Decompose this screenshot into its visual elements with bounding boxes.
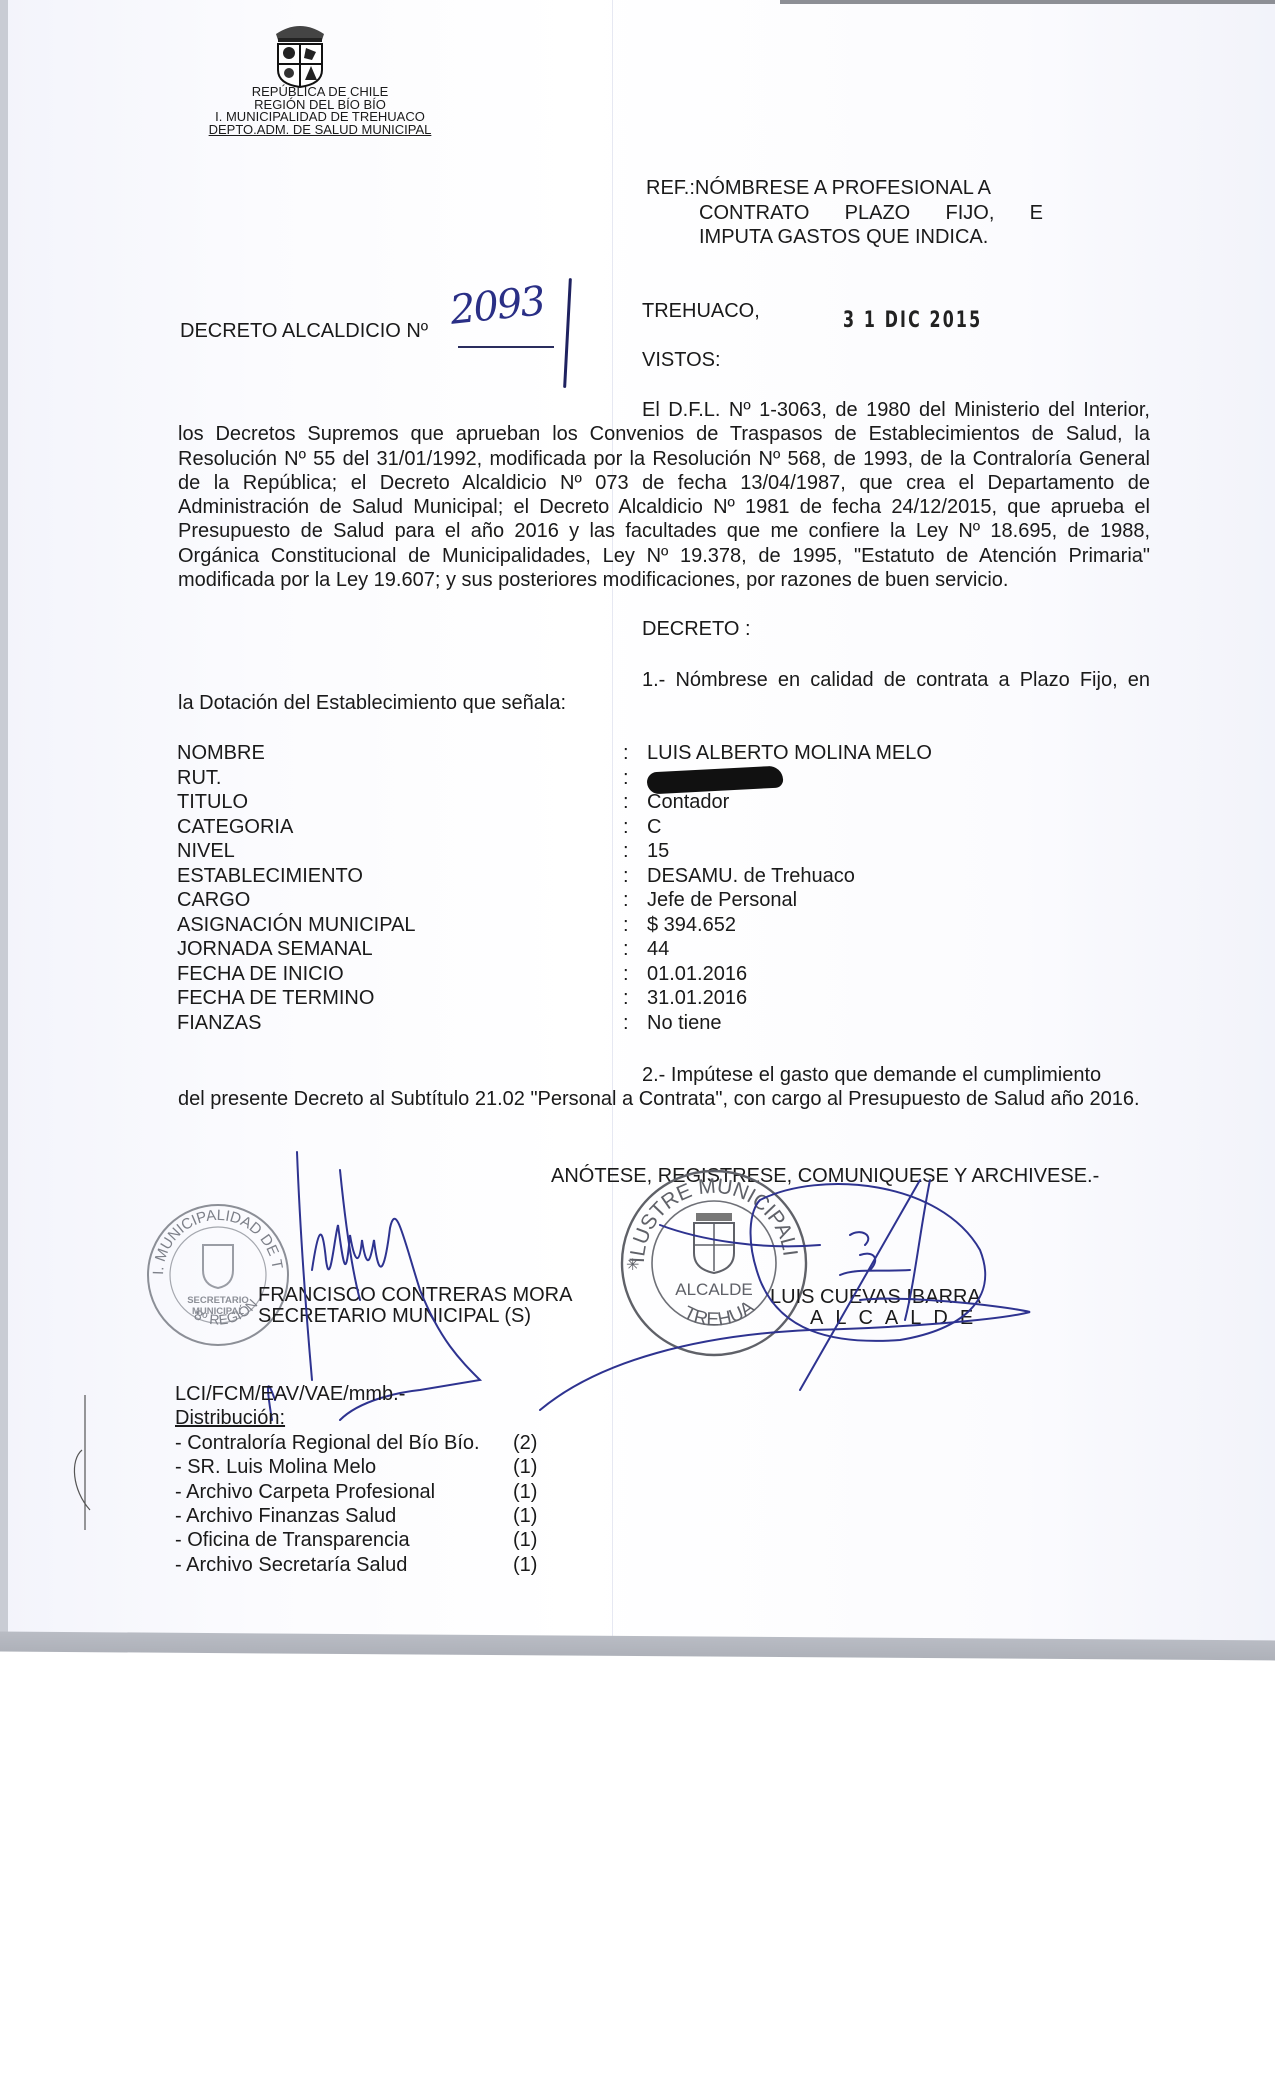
field-colon: : <box>623 962 647 987</box>
field-value: 44 <box>647 937 669 962</box>
field-colon: : <box>623 741 647 766</box>
mayor-title: ALCALDE <box>810 1308 985 1329</box>
field-colon: : <box>623 986 647 1011</box>
header-line-department: DEPTO.ADM. DE SALUD MUNICIPAL <box>170 124 470 137</box>
mayor-name: LUIS CUEVAS IBARRA <box>770 1287 985 1308</box>
field-value: $ 394.652 <box>647 913 736 938</box>
field-value: No tiene <box>647 1011 722 1036</box>
field-label: ESTABLECIMIENTO <box>177 864 623 889</box>
field-value: 01.01.2016 <box>647 962 747 987</box>
field-label: RUT. <box>177 766 623 791</box>
field-colon: : <box>623 1011 647 1036</box>
signatory-secretary: FRANCISCO CONTRERAS MORA SECRETARIO MUNI… <box>258 1285 572 1327</box>
secretary-name: FRANCISCO CONTRERAS MORA <box>258 1285 572 1306</box>
svg-text:SECRETARIO: SECRETARIO <box>187 1295 249 1306</box>
scan-top-edge <box>780 0 1275 4</box>
field-colon: : <box>623 815 647 840</box>
field-colon: : <box>623 888 647 913</box>
field-row: JORNADA SEMANAL:44 <box>177 937 932 962</box>
svg-text:✳: ✳ <box>626 1255 639 1274</box>
reference-line: CONTRATO PLAZO FIJO, E <box>699 201 1043 226</box>
field-label: CATEGORIA <box>177 815 623 840</box>
field-colon: : <box>623 839 647 864</box>
mayor-seal-icon: ILUSTRE MUNICIPALIDAD TREHUACO ✳ ALCALDE <box>616 1165 812 1361</box>
field-row: TITULO:Contador <box>177 790 932 815</box>
field-label: FECHA DE INICIO <box>177 962 623 987</box>
field-value: 15 <box>647 839 669 864</box>
distribution-copies: (1) <box>513 1455 537 1479</box>
field-row: CARGO:Jefe de Personal <box>177 888 932 913</box>
field-label: JORNADA SEMANAL <box>177 937 623 962</box>
svg-text:MUNICIPAL: MUNICIPAL <box>192 1306 244 1317</box>
reference-block: REF.:NÓMBRESE A PROFESIONAL A CONTRATO P… <box>646 176 1043 250</box>
article-1-line-1: 1.- Nómbrese en calidad de contrata a Pl… <box>642 669 1150 692</box>
field-label: NOMBRE <box>177 741 623 766</box>
issuer-header: REPÚBLICA DE CHILE REGIÓN DEL BÍO BÍO I.… <box>170 86 470 136</box>
distribution-recipient: - Archivo Finanzas Salud <box>175 1504 513 1528</box>
field-row: CATEGORIA:C <box>177 815 932 840</box>
field-value: 31.01.2016 <box>647 986 747 1011</box>
article-2: 2.- Impútese el gasto que demande el cum… <box>178 1063 1150 1112</box>
decreto-heading: DECRETO : <box>642 618 751 641</box>
field-row: ESTABLECIMIENTO:DESAMU. de Trehuaco <box>177 864 932 889</box>
distribution-copies: (1) <box>513 1480 537 1504</box>
distribution-recipient: - Contraloría Regional del Bío Bío. <box>175 1431 513 1455</box>
field-label: FIANZAS <box>177 1011 623 1036</box>
distribution-list: - Contraloría Regional del Bío Bío.(2)- … <box>175 1431 537 1577</box>
scanned-page: REPÚBLICA DE CHILE REGIÓN DEL BÍO BÍO I.… <box>0 0 1275 1645</box>
distribution-recipient: - Archivo Carpeta Profesional <box>175 1480 513 1504</box>
coat-of-arms-icon <box>270 20 330 88</box>
handwritten-slash-mark <box>563 278 572 388</box>
field-value: DESAMU. de Trehuaco <box>647 864 855 889</box>
distribution-copies: (1) <box>513 1528 537 1552</box>
field-label: TITULO <box>177 790 623 815</box>
signatory-mayor: LUIS CUEVAS IBARRA ALCALDE <box>770 1287 985 1329</box>
distribution-recipient: - Oficina de Transparencia <box>175 1528 513 1552</box>
distribution-copies: (1) <box>513 1504 537 1528</box>
field-label: CARGO <box>177 888 623 913</box>
field-row: ASIGNACIÓN MUNICIPAL:$ 394.652 <box>177 913 932 938</box>
secretary-title: SECRETARIO MUNICIPAL (S) <box>258 1306 572 1327</box>
decree-number-underline <box>458 346 554 348</box>
distribution-item: - Oficina de Transparencia(1) <box>175 1528 537 1552</box>
city: TREHUACO, <box>642 300 760 323</box>
handwritten-decree-number: 2093 <box>448 278 546 334</box>
svg-text:ALCALDE: ALCALDE <box>675 1280 752 1299</box>
decree-label: DECRETO ALCALDICIO Nº <box>180 320 428 343</box>
secretary-seal-icon: I. MUNICIPALIDAD DE TREHUACO 8º REGIÓN S… <box>143 1200 293 1350</box>
field-row: NOMBRE:LUIS ALBERTO MOLINA MELO <box>177 741 932 766</box>
distribution-item: - Archivo Carpeta Profesional(1) <box>175 1480 537 1504</box>
field-row: FECHA DE INICIO:01.01.2016 <box>177 962 932 987</box>
reference-line: IMPUTA GASTOS QUE INDICA. <box>699 225 1043 250</box>
article-2-rest: del presente Decreto al Subtítulo 21.02 … <box>178 1088 1140 1110</box>
article-1-line-2: la Dotación del Establecimiento que seña… <box>178 692 566 715</box>
field-row: RUT.: <box>177 766 932 791</box>
scan-left-edge <box>0 0 8 1645</box>
field-label: ASIGNACIÓN MUNICIPAL <box>177 913 623 938</box>
distribution-heading: Distribución: <box>175 1406 537 1430</box>
distribution-block: LCI/FCM/EAV/VAE/mmb.- Distribución: - Co… <box>175 1382 537 1577</box>
field-label: NIVEL <box>177 839 623 864</box>
distribution-item: - Archivo Finanzas Salud(1) <box>175 1504 537 1528</box>
vistos-paragraph: El D.F.L. Nº 1-3063, de 1980 del Ministe… <box>178 398 1150 592</box>
field-row: NIVEL:15 <box>177 839 932 864</box>
field-row: FECHA DE TERMINO:31.01.2016 <box>177 986 932 1011</box>
distribution-recipient: - SR. Luis Molina Melo <box>175 1455 513 1479</box>
field-value: LUIS ALBERTO MOLINA MELO <box>647 741 932 766</box>
distribution-item: - Contraloría Regional del Bío Bío.(2) <box>175 1431 537 1455</box>
date-stamp: 3 1 DIC 2015 <box>843 308 982 333</box>
field-value: C <box>647 815 661 840</box>
initials: LCI/FCM/EAV/VAE/mmb.- <box>175 1382 537 1406</box>
field-colon: : <box>623 864 647 889</box>
article-2-first-line: 2.- Impútese el gasto que demande el cum… <box>178 1063 1150 1087</box>
field-row: FIANZAS:No tiene <box>177 1011 932 1036</box>
reference-line: REF.:NÓMBRESE A PROFESIONAL A <box>646 176 1043 201</box>
field-label: FECHA DE TERMINO <box>177 986 623 1011</box>
appointment-fields: NOMBRE:LUIS ALBERTO MOLINA MELORUT.:TITU… <box>177 741 932 1035</box>
field-colon: : <box>623 937 647 962</box>
field-colon: : <box>623 913 647 938</box>
distribution-copies: (2) <box>513 1431 537 1455</box>
distribution-item: - Archivo Secretaría Salud(1) <box>175 1553 537 1577</box>
distribution-copies: (1) <box>513 1553 537 1577</box>
vistos-heading: VISTOS: <box>642 349 721 372</box>
field-colon: : <box>623 766 647 791</box>
distribution-item: - SR. Luis Molina Melo(1) <box>175 1455 537 1479</box>
distribution-recipient: - Archivo Secretaría Salud <box>175 1553 513 1577</box>
field-value: Jefe de Personal <box>647 888 797 913</box>
field-colon: : <box>623 790 647 815</box>
